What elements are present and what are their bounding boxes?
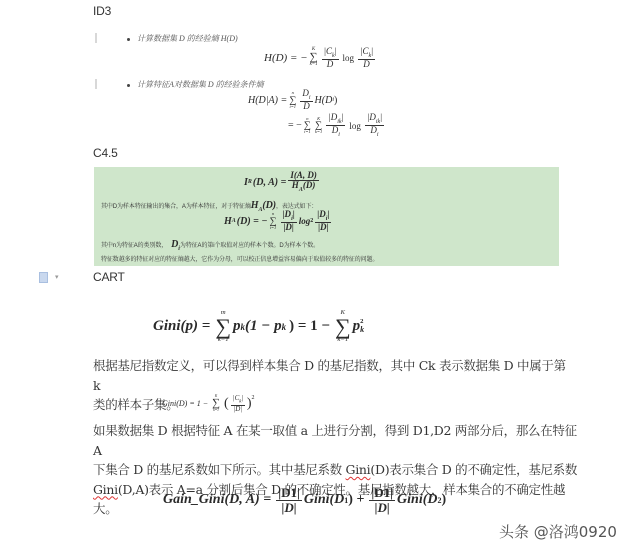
section-heading-id3: ID3 xyxy=(93,4,111,18)
formula-term: H(D xyxy=(315,95,333,106)
sum-symbol: K∑k=1 xyxy=(310,48,318,68)
bullet-dot-icon xyxy=(127,38,130,41)
log-label: log xyxy=(343,53,355,63)
fraction: |Di||D| xyxy=(281,210,297,233)
formula-gini-p: Gini(p) = m∑k=1 pk(1 − pk) = 1 − K∑k=1 p… xyxy=(153,310,364,343)
fraction: |D1||D| xyxy=(369,486,395,514)
formula-conditional-entropy-line2: = − n∑i=1 K∑k=1 |Dik|Di log |Dik|Di xyxy=(288,113,386,138)
fraction: I(A, D)HA(D) xyxy=(288,171,319,194)
fraction: |Dik|Di xyxy=(326,113,345,138)
spellcheck-underline[interactable]: Gini xyxy=(93,482,118,497)
fraction: |Di||D| xyxy=(315,210,331,233)
fraction: |Ck|D xyxy=(358,47,375,70)
bullet-entropy: 计算数据集 D 的经验熵 H(D) xyxy=(127,33,238,44)
sum-symbol: n∑i=1 xyxy=(304,117,311,135)
block-margin-marker xyxy=(95,79,97,89)
watermark: 头条 @洛鸿0920 xyxy=(499,521,617,542)
sum-symbol: m∑k=1 xyxy=(215,310,231,343)
fraction: |Ck||D| xyxy=(231,395,245,413)
formula-conditional-entropy-line1: H(D|A) = n∑i=1 DiD H(Di) xyxy=(248,89,337,112)
paragraph-line: 根据基尼指数定义，可以得到样本集合 D 的基尼指数，其中 Ck 表示数据集 D … xyxy=(93,356,573,395)
formula-entropy: H(D) = − K∑k=1 |Ck|D log |Ck|D xyxy=(264,47,377,70)
formula-feature-entropy: HA(D) = − n∑i=1 |Di||D| log2 |Di||D| xyxy=(224,210,333,233)
bullet-entropy-text: 计算数据集 D 的经验熵 H(D) xyxy=(137,34,238,43)
formula-lhs: = − xyxy=(288,120,302,131)
fraction: |Dik|Di xyxy=(365,113,384,138)
fraction: |Ck|D xyxy=(322,47,339,70)
formula-gain-gini: Gain_Gini(D, A) = |D1||D| Gini(D1) + |D1… xyxy=(163,486,446,514)
section-heading-c45: C4.5 xyxy=(93,146,118,160)
spellcheck-underline[interactable]: Gini xyxy=(346,462,371,477)
fraction: DiD xyxy=(300,89,312,112)
c45-highlight-box: IR(D, A) = I(A, D)HA(D) 其中D为样本特征输出的集合，A为… xyxy=(94,167,559,266)
c45-note-3: 特征数越多的特征对应的特征熵越大，它作为分母，可以校正信息增益容易偏向于取值较多… xyxy=(101,254,378,263)
block-margin-marker xyxy=(95,33,97,43)
formula-lhs: H(D|A) = xyxy=(248,95,287,106)
formula-lhs: H(D) = − xyxy=(264,52,308,64)
log-label: log xyxy=(349,121,361,131)
formula-gain-ratio: IR(D, A) = I(A, D)HA(D) xyxy=(244,171,321,194)
chevron-down-icon[interactable]: ▾ xyxy=(55,273,59,281)
bullet-conditional-entropy-text: 计算特征A对数据集 D 的经验条件熵 xyxy=(137,80,264,89)
sum-symbol: K∑k=1 xyxy=(315,117,322,135)
sum-symbol: K∑k=1 xyxy=(335,310,351,343)
formula-gini-d: Gini(D) = 1 − K∑k=1 ( |Ck||D| )2 xyxy=(162,395,255,413)
sum-symbol: n∑i=1 xyxy=(269,212,276,230)
sum-symbol: n∑i=1 xyxy=(289,91,296,109)
paragraph-line: 下集合 D 的基尼系数如下所示。其中基尼系数 Gini(D)表示集合 D 的不确… xyxy=(93,460,583,480)
document-icon[interactable] xyxy=(39,272,48,283)
paragraph-line: 如果数据集 D 根据特征 A 在某一取值 a 上进行分割，得到 D1,D2 两部… xyxy=(93,421,583,460)
section-heading-cart: CART xyxy=(93,270,125,284)
c45-note-2: 其中n为特征A的类别数，Di为特征A的第i个取值对应的样本个数。D为样本个数。 xyxy=(101,239,319,252)
fraction: |D1||D| xyxy=(276,486,302,514)
bullet-conditional-entropy: 计算特征A对数据集 D 的经验条件熵 xyxy=(127,79,264,90)
sum-symbol: K∑k=1 xyxy=(212,395,220,412)
bullet-dot-icon xyxy=(127,84,130,87)
